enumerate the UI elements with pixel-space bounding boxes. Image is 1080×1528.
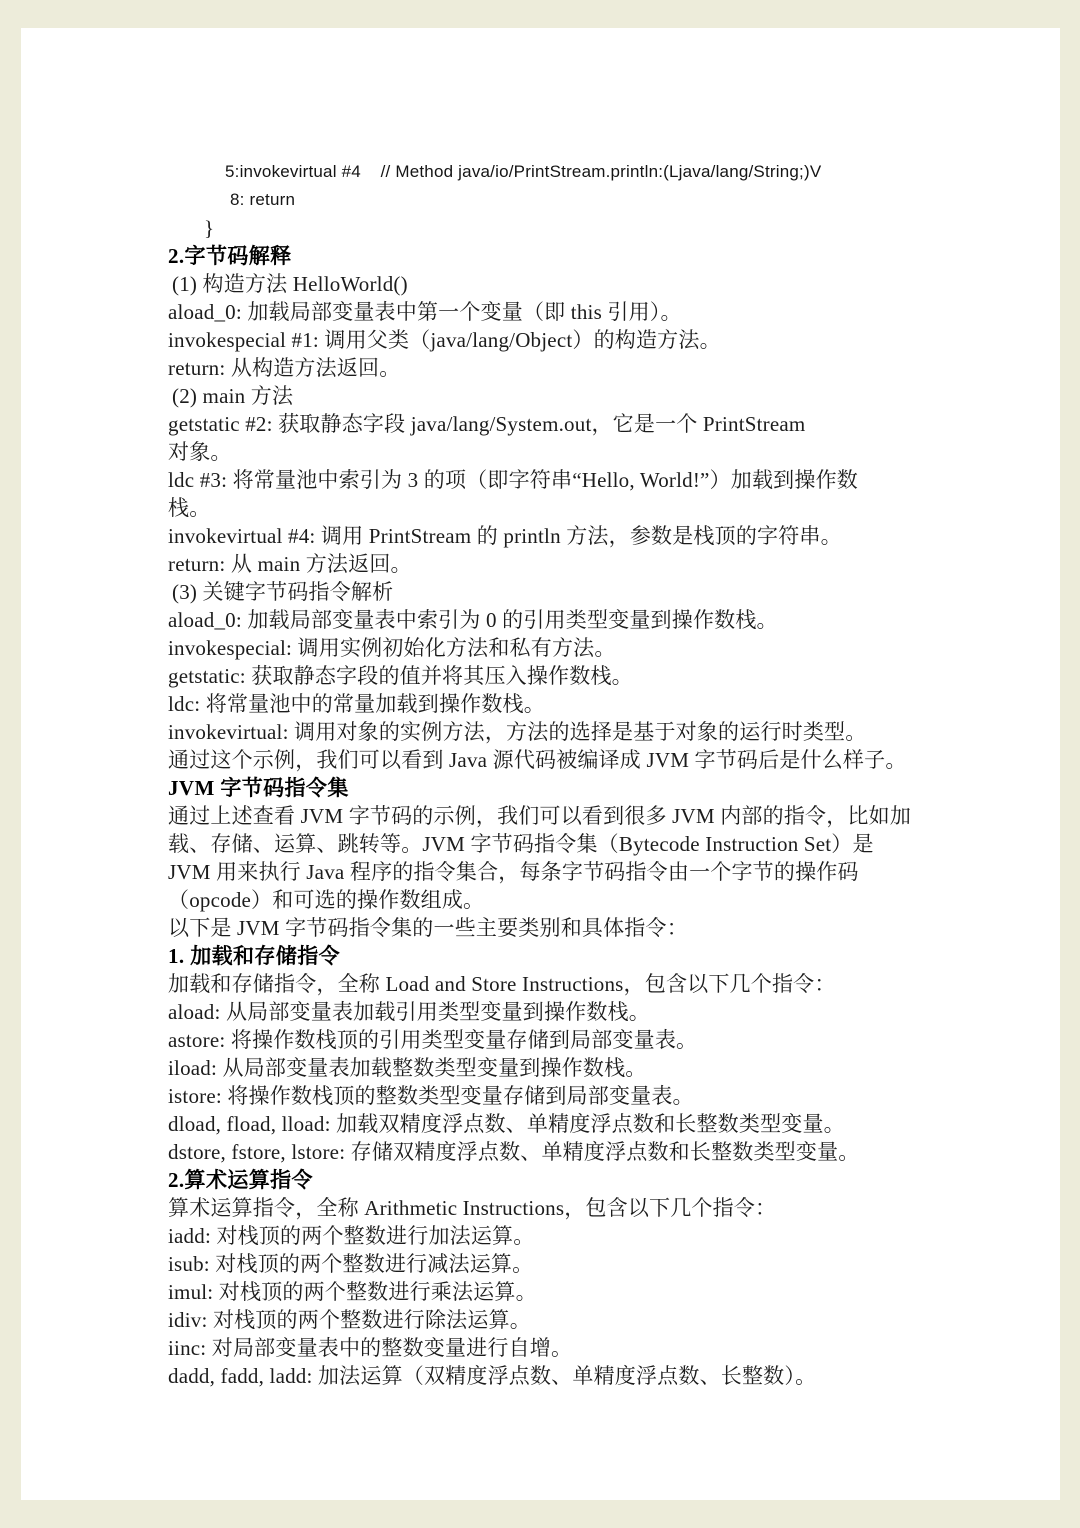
section-heading: 2.字节码解释 [168,242,943,270]
text-line: dadd, fadd, ladd: 加法运算（双精度浮点数、单精度浮点数、长整数… [168,1362,943,1390]
text-line: ldc: 将常量池中的常量加载到操作数栈。 [168,690,943,718]
text-line: getstatic: 获取静态字段的值并将其压入操作数栈。 [168,662,943,690]
text-line: ldc #3: 将常量池中索引为 3 的项（即字符串“Hello, World!… [168,466,943,494]
text-line: idiv: 对栈顶的两个整数进行除法运算。 [168,1306,943,1334]
text-line: invokespecial #1: 调用父类（java/lang/Object）… [168,326,943,354]
text-line: (2) main 方法 [168,382,943,410]
text-line: 通过这个示例，我们可以看到 Java 源代码被编译成 JVM 字节码后是什么样子… [168,746,943,774]
text-line: 以下是 JVM 字节码指令集的一些主要类别和具体指令： [168,914,943,942]
text-line: 算术运算指令，全称 Arithmetic Instructions，包含以下几个… [168,1194,943,1222]
text-line: aload: 从局部变量表加载引用类型变量到操作数栈。 [168,998,943,1026]
text-line: imul: 对栈顶的两个整数进行乘法运算。 [168,1278,943,1306]
text-line: invokevirtual #4: 调用 PrintStream 的 print… [168,522,943,550]
text-line: 加载和存储指令，全称 Load and Store Instructions，包… [168,970,943,998]
text-line: (3) 关键字节码指令解析 [168,578,943,606]
section-heading: JVM 字节码指令集 [168,774,943,802]
document-page: 5:invokevirtual #4 // Method java/io/Pri… [21,28,1060,1500]
document-content: 5:invokevirtual #4 // Method java/io/Pri… [168,158,943,1390]
text-line: astore: 将操作数栈顶的引用类型变量存储到局部变量表。 [168,1026,943,1054]
text-line: (1) 构造方法 HelloWorld() [168,270,943,298]
section-heading: 2.算术运算指令 [168,1166,943,1194]
text-line: } [168,214,943,242]
text-line: return: 从 main 方法返回。 [168,550,943,578]
text-line: dload, fload, lload: 加载双精度浮点数、单精度浮点数和长整数… [168,1110,943,1138]
text-line: getstatic #2: 获取静态字段 java/lang/System.ou… [168,410,943,438]
text-line: isub: 对栈顶的两个整数进行减法运算。 [168,1250,943,1278]
text-line: 栈。 [168,494,943,522]
text-line: istore: 将操作数栈顶的整数类型变量存储到局部变量表。 [168,1082,943,1110]
code-line: 5:invokevirtual #4 // Method java/io/Pri… [168,158,943,186]
text-line: JVM 用来执行 Java 程序的指令集合，每条字节码指令由一个字节的操作码 [168,858,943,886]
page-background: 5:invokevirtual #4 // Method java/io/Pri… [0,0,1080,1528]
text-line: invokevirtual: 调用对象的实例方法，方法的选择是基于对象的运行时类… [168,718,943,746]
text-line: iadd: 对栈顶的两个整数进行加法运算。 [168,1222,943,1250]
text-line: iinc: 对局部变量表中的整数变量进行自增。 [168,1334,943,1362]
text-line: iload: 从局部变量表加载整数类型变量到操作数栈。 [168,1054,943,1082]
code-line: 8: return [168,186,943,214]
section-heading: 1. 加载和存储指令 [168,942,943,970]
text-line: aload_0: 加载局部变量表中第一个变量（即 this 引用）。 [168,298,943,326]
text-line: invokespecial: 调用实例初始化方法和私有方法。 [168,634,943,662]
text-line: aload_0: 加载局部变量表中索引为 0 的引用类型变量到操作数栈。 [168,606,943,634]
text-line: 载、存储、运算、跳转等。JVM 字节码指令集（Bytecode Instruct… [168,830,943,858]
text-line: （opcode）和可选的操作数组成。 [168,886,943,914]
text-line: 通过上述查看 JVM 字节码的示例，我们可以看到很多 JVM 内部的指令，比如加 [168,802,943,830]
text-line: 对象。 [168,438,943,466]
text-line: return: 从构造方法返回。 [168,354,943,382]
text-line: dstore, fstore, lstore: 存储双精度浮点数、单精度浮点数和… [168,1138,943,1166]
